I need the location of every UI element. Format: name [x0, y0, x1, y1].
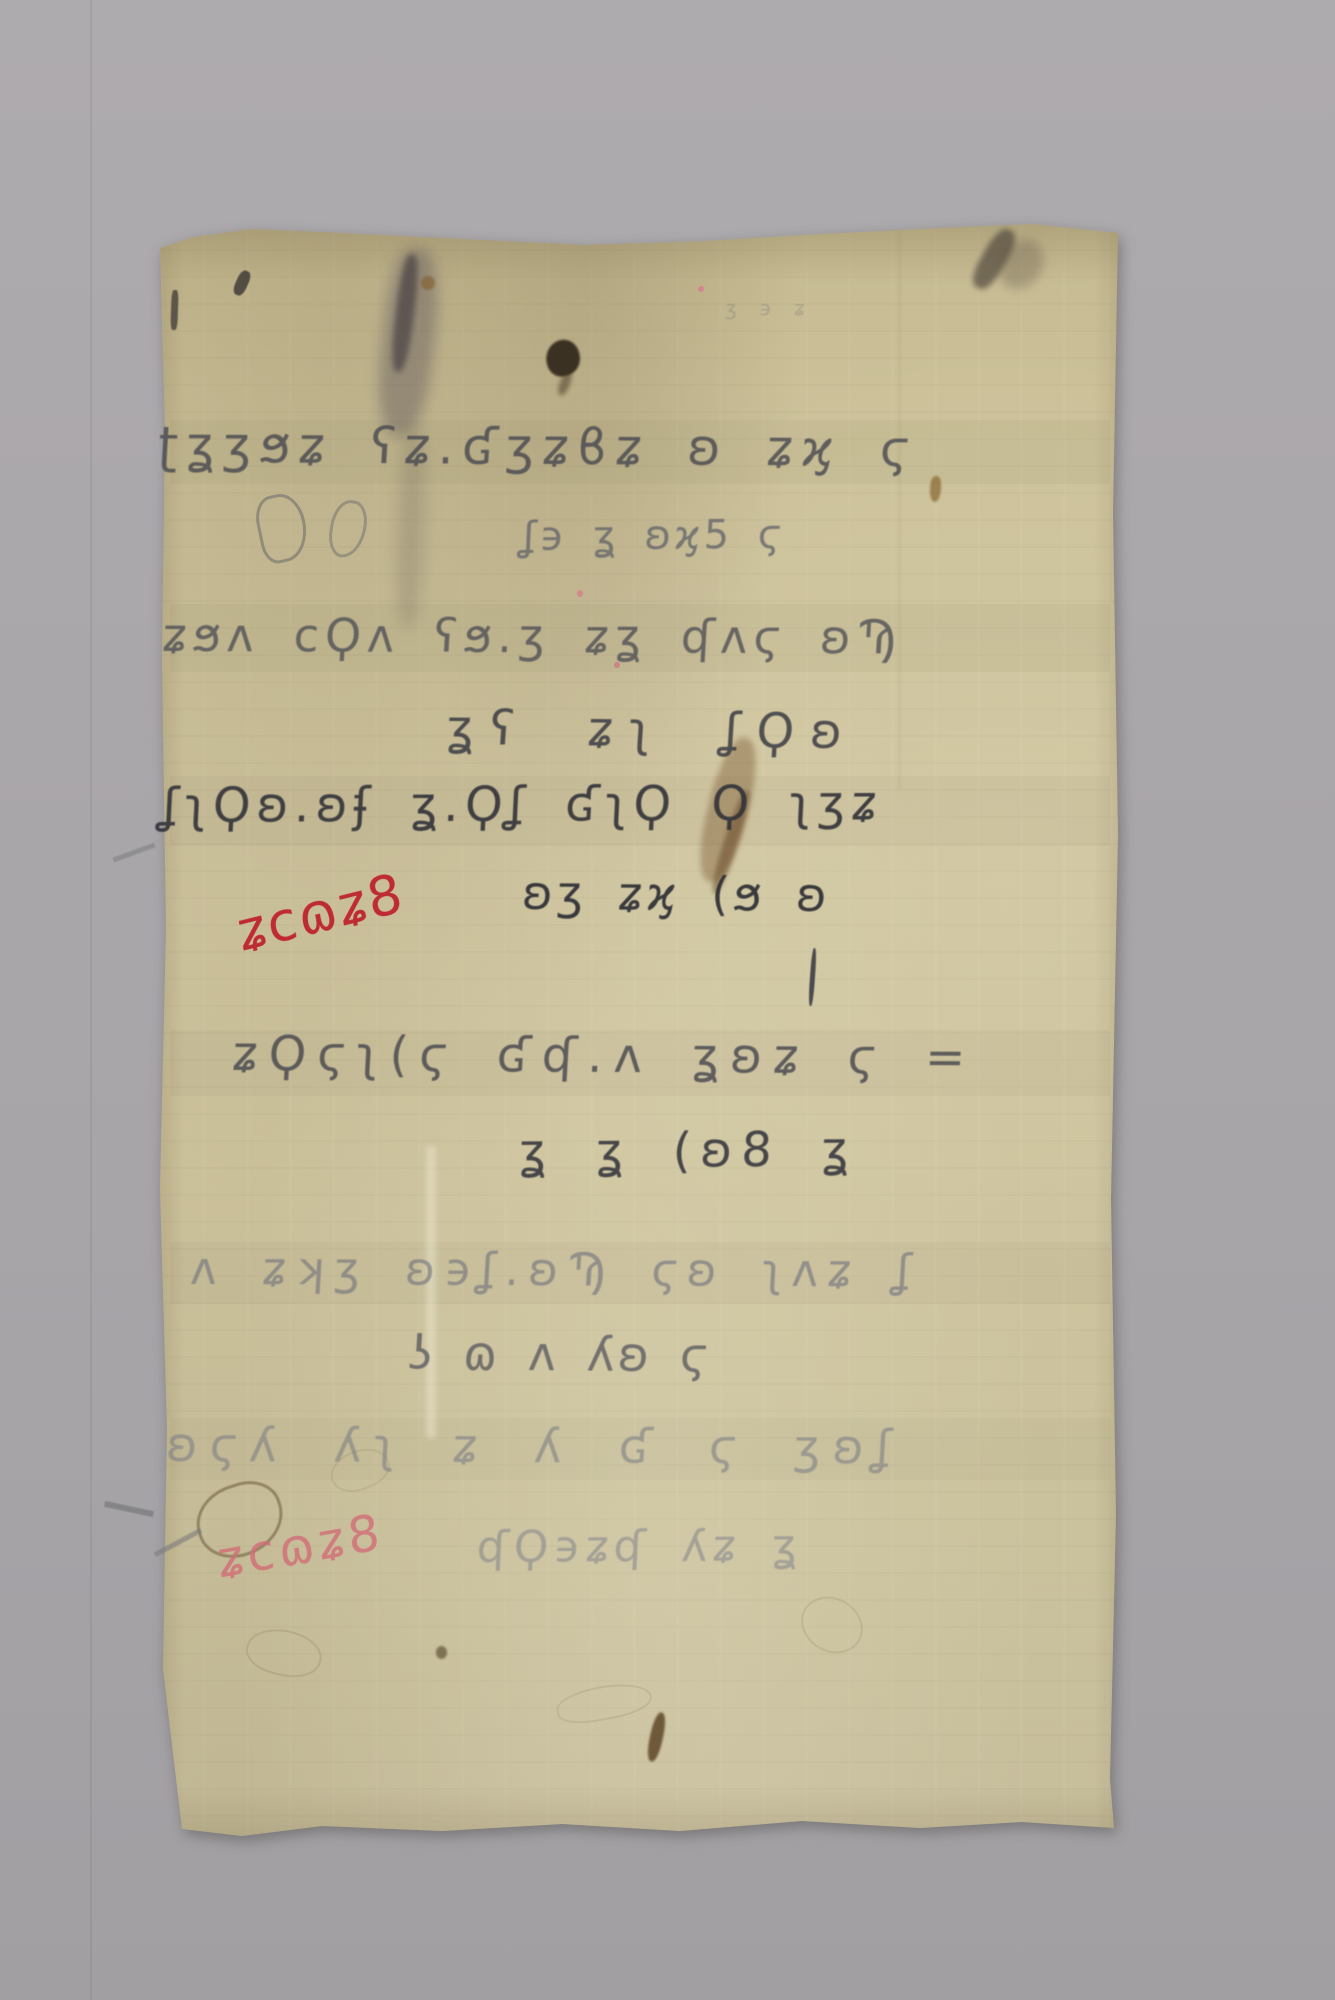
- manuscript-paper: [160, 224, 1118, 1844]
- photograph-backdrop: ʈʓʒϧʑ ʕʑ.ʛʒʑϐʑ ʚ ʑϗ ϛʆ϶ ʓ ʚϗ5 ϛʑϧʌ ϲϘʌ ʕ…: [0, 0, 1335, 2000]
- left-pin-fiber: [104, 1501, 154, 1517]
- left-pin-fiber: [112, 843, 155, 863]
- paper-shadow-wrap: [160, 224, 1118, 1844]
